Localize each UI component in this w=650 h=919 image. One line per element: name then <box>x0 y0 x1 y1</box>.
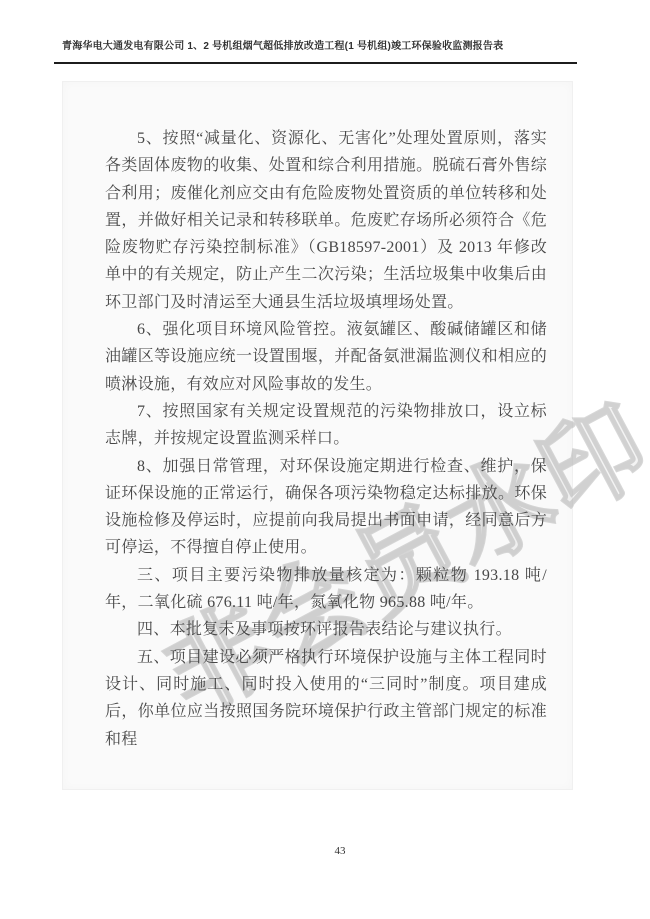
approval-text-body: 5、按照“减量化、资源化、无害化”处理处置原则，落实各类固体废物的收集、处置和综… <box>105 125 547 753</box>
paragraph: 7、按照国家有关规定设置规范的污染物排放口，设立标志牌，并按规定设置监测采样口。 <box>105 398 547 453</box>
paragraph: 5、按照“减量化、资源化、无害化”处理处置原则，落实各类固体废物的收集、处置和综… <box>105 125 547 316</box>
paragraph: 6、强化项目环境风险管控。液氨罐区、酸碱储罐区和储油罐区等设施应统一设置围堰，并… <box>105 316 547 398</box>
paragraph: 五、项目建设必须严格执行环境保护设施与主体工程同时设计、同时施工、同时投入使用的… <box>105 644 547 753</box>
paragraph: 四、本批复未及事项按环评报告表结论与建议执行。 <box>105 616 547 643</box>
document-page: { "header": { "title": "青海华电大通发电有限公司 1、2… <box>0 0 650 919</box>
header-divider-line <box>54 62 577 64</box>
paragraph: 三、项目主要污染物排放量核定为：颗粒物 193.18 吨/年，二氧化硫 676.… <box>105 562 547 617</box>
report-header-title: 青海华电大通发电有限公司 1、2 号机组烟气超低排放改造工程(1 号机组)竣工环… <box>62 37 582 52</box>
paragraph: 8、加强日常管理，对环保设施定期进行检查、维护，保证环保设施的正常运行，确保各项… <box>105 453 547 562</box>
page-number: 43 <box>0 845 650 857</box>
